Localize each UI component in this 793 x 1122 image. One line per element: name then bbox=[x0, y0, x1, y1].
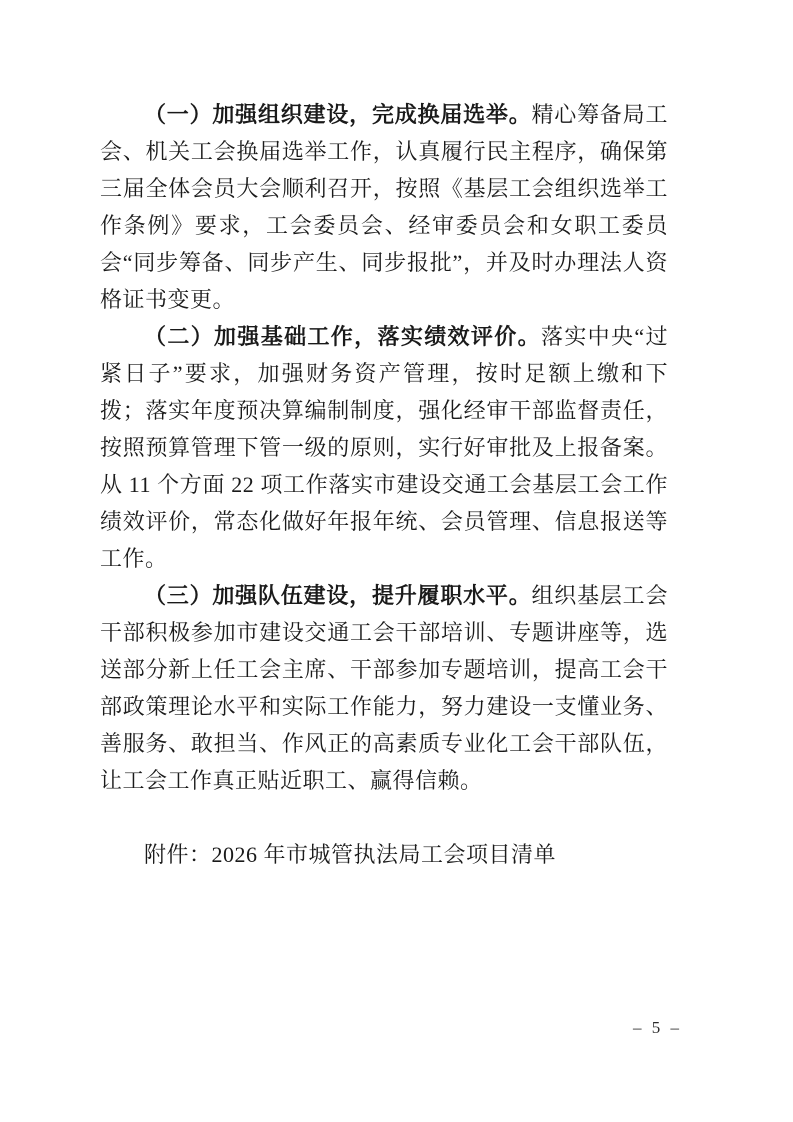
page-number: – 5 – bbox=[633, 1016, 682, 1040]
paragraph-3-heading: （三）加强队伍建设，提升履职水平。 bbox=[144, 583, 532, 608]
document-page: （一）加强组织建设，完成换届选举。精心筹备局工会、机关工会换届选举工作，认真履行… bbox=[0, 0, 793, 1122]
paragraph-section-3: （三）加强队伍建设，提升履职水平。组织基层工会干部积极参加市建设交通工会干部培训… bbox=[100, 577, 668, 799]
paragraph-1-body-text: 精心筹备局工会、机关工会换届选举工作，认真履行民主程序，确保第三届全体会员大会顺… bbox=[100, 102, 668, 312]
paragraph-3-body-text: 组织基层工会干部积极参加市建设交通工会干部培训、专题讲座等，选送部分新上任工会主… bbox=[100, 583, 668, 793]
paragraph-section-1: （一）加强组织建设，完成换届选举。精心筹备局工会、机关工会换届选举工作，认真履行… bbox=[100, 96, 668, 318]
paragraph-2-body-text: 落实中央“过紧日子”要求，加强财务资产管理，按时足额上缴和下拨；落实年度预决算编… bbox=[100, 324, 668, 571]
document-body: （一）加强组织建设，完成换届选举。精心筹备局工会、机关工会换届选举工作，认真履行… bbox=[100, 96, 668, 873]
paragraph-1-heading: （一）加强组织建设，完成换届选举。 bbox=[144, 102, 532, 127]
paragraph-2-heading: （二）加强基础工作，落实绩效评价。 bbox=[144, 324, 541, 349]
paragraph-section-2: （二）加强基础工作，落实绩效评价。落实中央“过紧日子”要求，加强财务资产管理，按… bbox=[100, 318, 668, 577]
attachment-line: 附件：2026 年市城管执法局工会项目清单 bbox=[100, 836, 668, 873]
